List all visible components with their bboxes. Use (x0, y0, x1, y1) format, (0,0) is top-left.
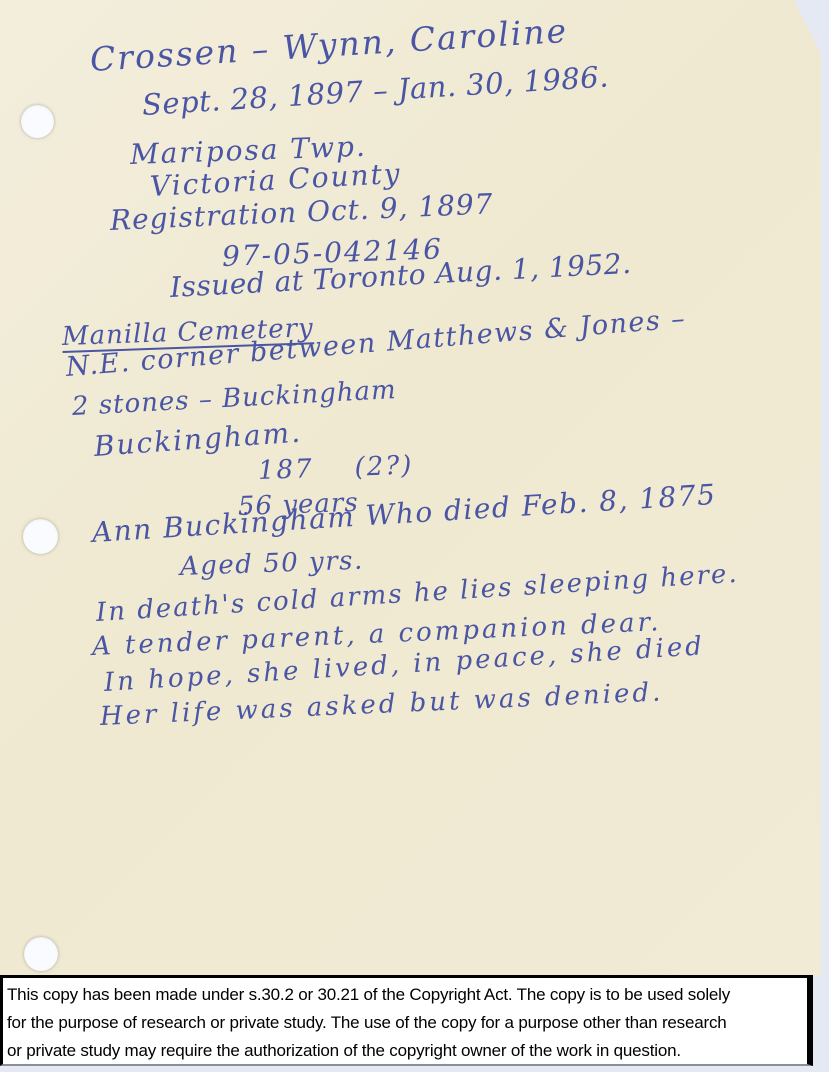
copyright-notice-line-3: or private study may require the authori… (7, 1037, 805, 1065)
handwritten-stones-note: 2 stones – Buckingham (71, 375, 397, 422)
punch-hole-bottom (24, 937, 58, 971)
punch-hole-top (21, 105, 54, 138)
handwritten-death-record: Ann Buckingham Who died Feb. 8, 1875 (91, 478, 717, 549)
handwritten-stone-number: 187 (2?) (257, 451, 413, 486)
punch-hole-middle (23, 519, 58, 554)
copyright-notice-line-2: for the purpose of research or private s… (7, 1009, 805, 1037)
copyright-notice: This copy has been made under s.30.2 or … (0, 975, 813, 1066)
copyright-notice-line-1: This copy has been made under s.30.2 or … (7, 981, 805, 1009)
handwritten-aged: Aged 50 yrs. (179, 546, 364, 582)
paper-sheet: Crossen – Wynn, Caroline Sept. 28, 1897 … (0, 0, 821, 976)
